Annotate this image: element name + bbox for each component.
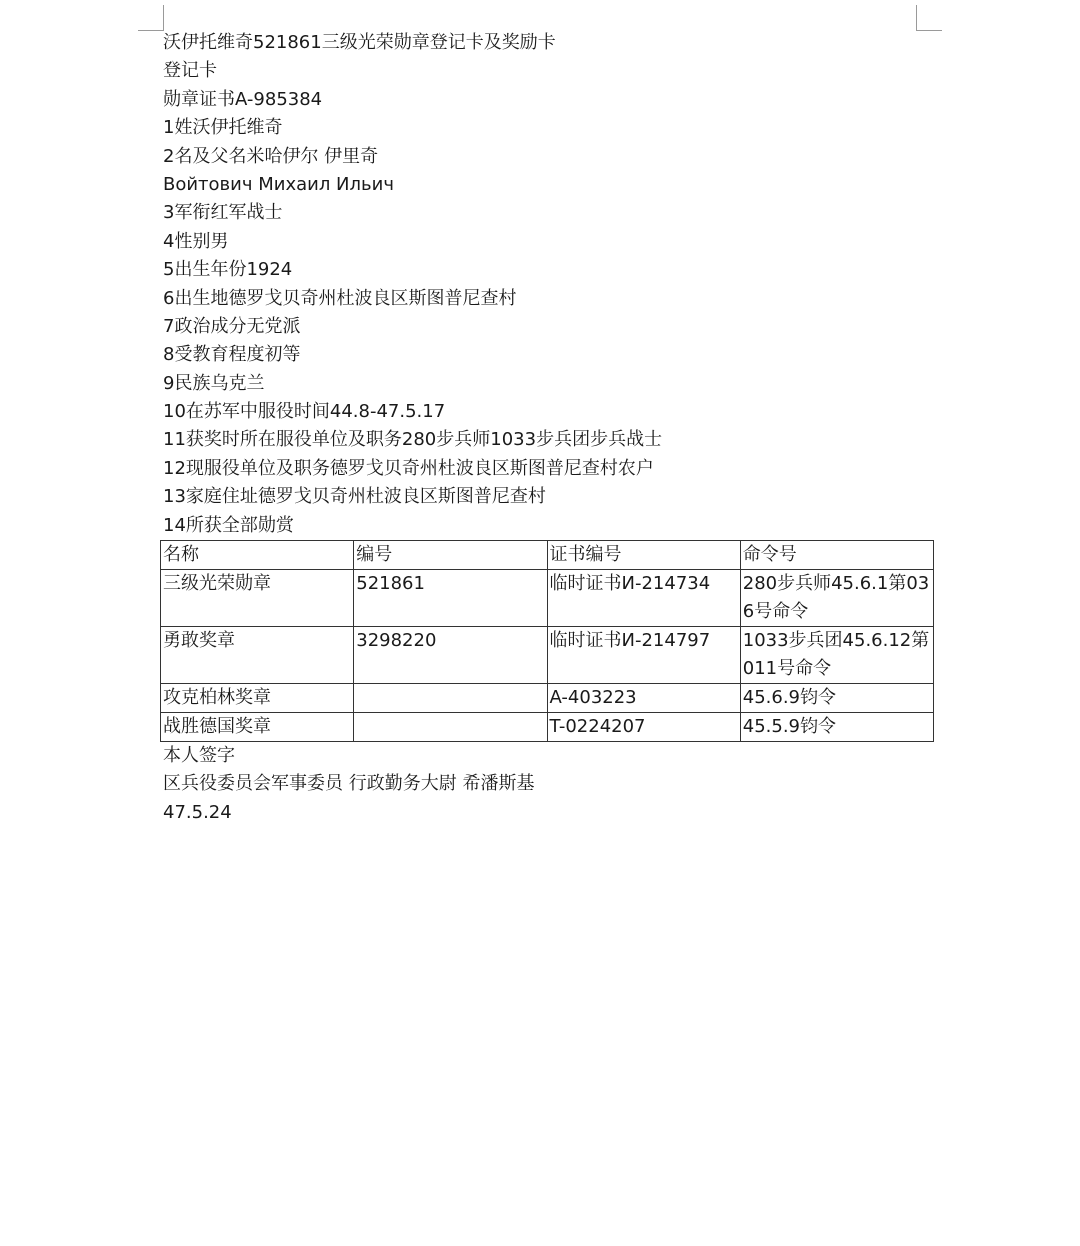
field-rank: 3军衔红军战士 [163,199,943,227]
table-cell [354,713,547,742]
table-cell: 45.5.9钧令 [740,713,933,742]
field-unit-at-award: 11获奖时所在服役单位及职务280步兵师1033步兵团步兵战士 [163,426,943,454]
header-cell: 编号 [354,541,547,570]
document-subtitle: 登记卡 [163,57,943,85]
field-gender: 4性别男 [163,228,943,256]
field-education: 8受教育程度初等 [163,341,943,369]
table-cell [354,684,547,713]
awards-table: 名称 编号 证书编号 命令号 三级光荣勋章 521861 临时证书И-21473… [160,540,934,742]
table-cell: 勇敢奖章 [161,627,354,684]
table-cell: 1033步兵团45.6.12第011号命令 [740,627,933,684]
field-surname: 1姓沃伊托维奇 [163,114,943,142]
signature-date: 47.5.24 [163,799,534,827]
document-title: 沃伊托维奇521861三级光荣勋章登记卡及奖励卡 [163,29,943,57]
table-row: 三级光荣勋章 521861 临时证书И-214734 280步兵师45.6.1第… [161,570,934,627]
field-home-address: 13家庭住址德罗戈贝奇州杜波良区斯图普尼查村 [163,483,943,511]
field-name-russian: Войтович Михаил Ильич [163,171,943,199]
field-birthplace: 6出生地德罗戈贝奇州杜波良区斯图普尼查村 [163,285,943,313]
field-birth-year: 5出生年份1924 [163,256,943,284]
table-header-row: 名称 编号 证书编号 命令号 [161,541,934,570]
header-cell: 名称 [161,541,354,570]
field-all-awards: 14所获全部勋赏 [163,512,943,540]
commissioner-line: 区兵役委员会军事委员 行政勤务大尉 希潘斯基 [163,770,534,798]
header-cell: 命令号 [740,541,933,570]
table-cell: 280步兵师45.6.1第036号命令 [740,570,933,627]
table-cell: 521861 [354,570,547,627]
table-cell: A-403223 [547,684,740,713]
field-current-unit: 12现服役单位及职务德罗戈贝奇州杜波良区斯图普尼查村农户 [163,455,943,483]
table-cell: 3298220 [354,627,547,684]
table-cell: 临时证书И-214797 [547,627,740,684]
table-cell: 三级光荣勋章 [161,570,354,627]
table-cell: 45.6.9钧令 [740,684,933,713]
field-name-patronymic: 2名及父名米哈伊尔 伊里奇 [163,143,943,171]
signature-label: 本人签字 [163,742,534,770]
header-cell: 证书编号 [547,541,740,570]
page-corner-mark-left [138,5,164,31]
field-service-period: 10在苏军中服役时间44.8-47.5.17 [163,398,943,426]
table-cell: 战胜德国奖章 [161,713,354,742]
table-cell: T-0224207 [547,713,740,742]
page-corner-mark-right [916,5,942,31]
table-cell: 临时证书И-214734 [547,570,740,627]
field-party: 7政治成分无党派 [163,313,943,341]
field-nationality: 9民族乌克兰 [163,370,943,398]
table-row: 勇敢奖章 3298220 临时证书И-214797 1033步兵团45.6.12… [161,627,934,684]
document-body: 沃伊托维奇521861三级光荣勋章登记卡及奖励卡 登记卡 勋章证书A-98538… [163,29,943,540]
document-footer: 本人签字 区兵役委员会军事委员 行政勤务大尉 希潘斯基 47.5.24 [163,742,534,827]
table-row: 战胜德国奖章 T-0224207 45.5.9钧令 [161,713,934,742]
table-row: 攻克柏林奖章 A-403223 45.6.9钧令 [161,684,934,713]
table-cell: 攻克柏林奖章 [161,684,354,713]
certificate-number: 勋章证书A-985384 [163,86,943,114]
